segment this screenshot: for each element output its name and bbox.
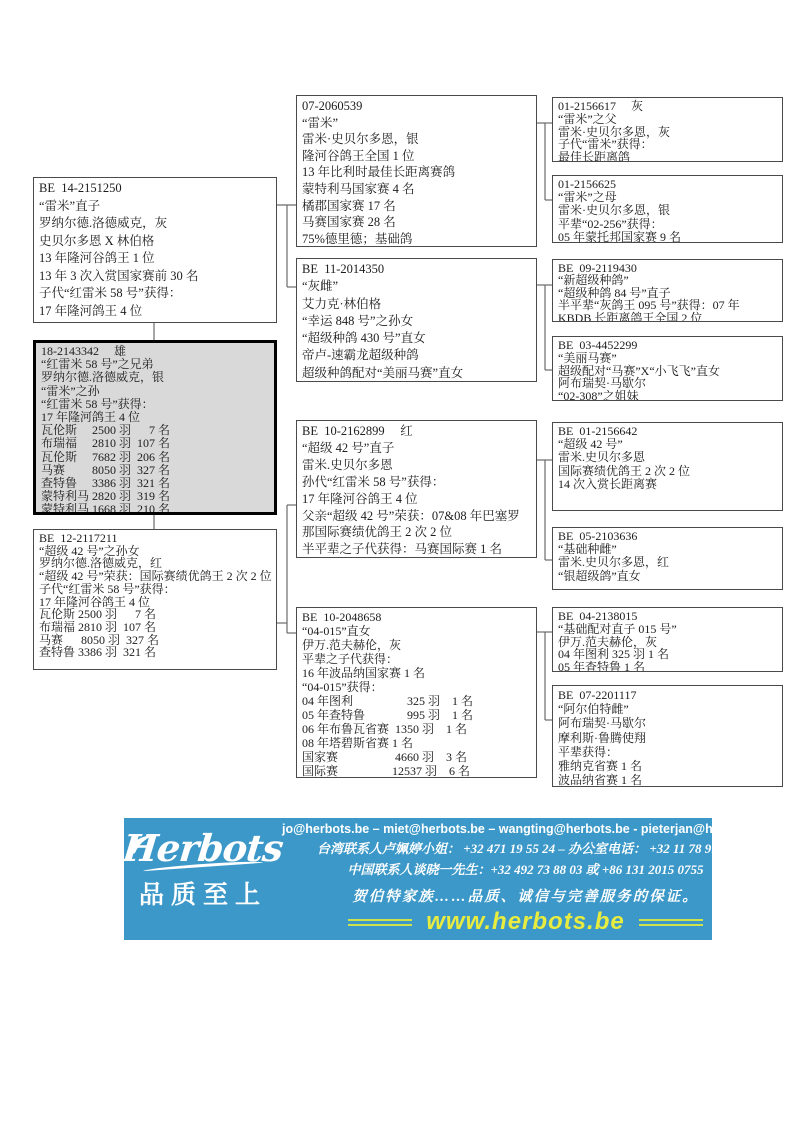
pedigree-text-line: BE 12-2117211 [39,532,272,545]
pedigree-text-line: 布瑞福 2810 羽 107 名 [41,437,270,450]
pedigree-text-line: 雷米.史贝尔多恩，红 [558,556,778,569]
banner-contact-china: 中国联系人谈晓一先生：+32 492 73 88 03 或 +86 131 20… [347,859,703,878]
banner-website-row: www.herbots.be [348,910,702,934]
pedigree-text-line: 雅纳克省赛 1 名 [558,759,778,773]
herbots-ad-banner: Herbots 品质至上 jo@herbots.be – miet@herbot… [124,818,712,940]
pedigree-text-line: 孙代“红雷米 58 号”获得： [302,474,532,491]
pedigree-text-line: 08 年塔碧斯省赛 1 名 [302,736,532,750]
banner-contact-block: jo@herbots.be – miet@herbots.be – wangti… [282,818,769,940]
pedigree-text-line: 橘郡国家赛 17 名 [302,198,532,215]
pedigree-text-line: 子代“红雷米 58 号”获得： [39,285,272,303]
double-line-left-decoration [348,919,412,926]
pedigree-text-line: 查特鲁 3386 羽 321 名 [39,646,272,659]
pedigree-text-line: 雷米·史贝尔多恩，银 [558,204,778,217]
pedigree-text-line: 平辈之子代获得： [302,652,532,666]
pedigree-text-line: 17 年隆河鸽王 4 位 [39,303,272,321]
pedigree-box-be03-4452299: BE 03-4452299“美丽马赛”超级配对“马赛”X“小飞飞”直女阿布瑞契·… [552,336,783,401]
pedigree-text-line: 雷米.史贝尔多恩 [302,457,532,474]
pedigree-text-line: 罗纳尔德.洛德威克，银 [41,371,270,384]
pedigree-text-line: “基础配对直子 015 号” [558,623,778,636]
logo-slogan-cn: 品质至上 [139,875,267,911]
pedigree-box-be04-2138015: BE 04-2138015“基础配对直子 015 号”伊万.范夫赫伦，灰04 年… [552,607,783,672]
pedigree-box-01-2156617: 01-2156617 灰“雷米”之父雷米·史贝尔多恩，灰子代“雷米”获得：最佳长… [552,97,783,162]
pedigree-text-line: “04-015”获得： [302,680,532,694]
banner-family-slogan: 贺伯特家族……品质、诚信与完善服务的保证。 [352,885,699,906]
pedigree-text-line: “新超级种鸽” [558,274,778,286]
pedigree-text-line: 阿布瑞契·马歇尔 [558,716,778,730]
pedigree-text-line: “银超级鸽”直女 [558,570,778,583]
pedigree-text-line: 01-2156617 灰 [558,100,778,113]
pedigree-box-be10-2048658: BE 10-2048658“04-015”直女伊万.范夫赫伦，灰平辈之子代获得：… [296,607,537,778]
herbots-logo-block: Herbots 品质至上 [124,818,282,940]
pedigree-text-line: 国家赛 4660 羽 3 名 [302,750,532,764]
pedigree-text-line: “超级 42 号”直子 [302,440,532,457]
pedigree-text-line: “美丽马赛” [558,352,778,365]
banner-emails: jo@herbots.be – miet@herbots.be – wangti… [282,822,769,836]
pedigree-text-line: 国际赛绩优鸽王 2 次 2 位 [558,465,778,478]
pedigree-box-be10-2162899: BE 10-2162899 红“超级 42 号”直子雷米.史贝尔多恩孙代“红雷米… [296,420,537,558]
pedigree-text-line: 伊万.范夫赫伦，灰 [302,638,532,652]
pedigree-text-line: BE 14-2151250 [39,180,272,198]
pedigree-text-line: 艾力克·林伯格 [302,296,532,313]
pedigree-text-line: “雷米”直子 [39,198,272,216]
pedigree-box-be14-2151250: BE 14-2151250“雷米”直子罗纳尔德.洛德威克，灰史贝尔多恩 X 林伯… [33,177,277,323]
pedigree-text-line: 摩利斯·鲁腾使翔 [558,731,778,745]
pedigree-text-line: 瓦伦斯 7682 羽 206 名 [41,451,270,464]
pedigree-text-line: “超级 42 号”荣获：国际赛绩优鸽王 2 次 2 位 [39,570,272,583]
pedigree-text-line: 半平辈之子代获得：马赛国际赛 1 名 [302,541,532,558]
pedigree-text-line: 05 年查特鲁 1 名 [558,661,778,672]
pedigree-text-line: “雷米” [302,115,532,132]
pedigree-text-line: 国际赛 12537 羽 6 名 [302,764,532,778]
pedigree-text-line: “02-308”之姐妹 [558,390,778,401]
pedigree-text-line: 帝卢-速霸龙超级种鸽 [302,347,532,364]
banner-contact-taiwan: 台湾联系人卢姵婷小姐： +32 471 19 55 24 – 办公室电话： +3… [317,838,734,857]
pedigree-text-line: 蒙特利马 1668 羽 210 名 [41,503,270,515]
pedigree-text-line: 16 年波品纳国家赛 1 名 [302,666,532,680]
pedigree-text-line: BE 04-2138015 [558,610,778,623]
pedigree-box-be05-2103636: BE 05-2103636“基础种雌”雷米.史贝尔多恩，红“银超级鸽”直女 [552,527,783,590]
pedigree-text-line: “灰雌” [302,278,532,295]
pedigree-text-line: 隆河谷鸽王全国 1 位 [302,148,532,165]
pedigree-text-line: 14 次入赏长距离赛 [558,478,778,491]
pedigree-text-line: 05 年查特鲁 995 羽 1 名 [302,708,532,722]
pedigree-text-line: “超级种鸽 430 号”直女 [302,330,532,347]
pedigree-text-line: “雷米”之孙 [41,385,270,398]
pedigree-text-line: 13 年比利时最佳长距离赛鸽 [302,164,532,181]
pedigree-text-line: 07-2060539 [302,98,532,115]
pedigree-text-line: 雷米.史贝尔多恩 [558,451,778,464]
pedigree-text-line: “雷米”之父 [558,113,778,126]
pedigree-text-line: 13 年 3 次入赏国家赛前 30 名 [39,268,272,286]
pedigree-box-18-2143342-subject: 18-2143342 雄“红雷米 58 号”之兄弟罗纳尔德.洛德威克，银“雷米”… [33,340,277,515]
pedigree-page: BE 14-2151250“雷米”直子罗纳尔德.洛德威克，灰史贝尔多恩 X 林伯… [0,0,793,1122]
pedigree-text-line: “阿尔伯特雌” [558,702,778,716]
pedigree-text-line: BE 07-2201117 [558,688,778,702]
pedigree-text-line: 子代“红雷米 58 号”获得： [39,583,272,596]
pedigree-text-line: 17 年隆河谷鸽王 4 位 [302,491,532,508]
pedigree-box-be12-2117211: BE 12-2117211“超级 42 号”之孙女罗纳尔德.洛德威克，红“超级 … [33,529,277,670]
pedigree-text-line: 雷米·史贝尔多恩，银 [302,131,532,148]
pedigree-box-be11-2014350: BE 11-2014350“灰雌”艾力克·林伯格“幸运 848 号”之孙女“超级… [296,258,537,382]
pedigree-box-be07-2201117: BE 07-2201117“阿尔伯特雌”阿布瑞契·马歇尔摩利斯·鲁腾使翔平辈获得… [552,685,783,787]
pedigree-text-line: 半平辈“灰鸽王 095 号”获得：07 年 [558,299,778,311]
pedigree-box-be09-2119430: BE 09-2119430“新超级种鸽”“超级种鸽 84 号”直子半平辈“灰鸽王… [552,259,783,322]
pedigree-text-line: 75%德里德；基础鸽 [302,231,532,247]
pedigree-box-07-2060539: 07-2060539“雷米”雷米·史贝尔多恩，银隆河谷鸽王全国 1 位13 年比… [296,95,537,247]
pedigree-text-line: 蒙特利马国家赛 4 名 [302,181,532,198]
pedigree-text-line: 05 年蒙托邦国家赛 9 名 [558,231,778,243]
herbots-website-link[interactable]: www.herbots.be [426,910,624,934]
pedigree-text-line: 波品纳省赛 1 名 [558,773,778,787]
pedigree-text-line: 13 年隆河谷鸽王 1 位 [39,250,272,268]
pedigree-text-line: 罗纳尔德.洛德威克，灰 [39,215,272,233]
pedigree-text-line: 04 年图利 325 羽 1 名 [302,694,532,708]
pedigree-text-line: 最佳长距离鸽 [558,151,778,162]
pedigree-text-line: 超级种鸽配对“美丽马赛”直女 [302,365,532,382]
pedigree-text-line: 06 年布鲁瓦省赛 1350 羽 1 名 [302,722,532,736]
pedigree-text-line: 平辈获得： [558,745,778,759]
pedigree-text-line: “幸运 848 号”之孙女 [302,313,532,330]
pedigree-text-line: BE 11-2014350 [302,261,532,278]
double-line-right-decoration [639,919,703,926]
pedigree-text-line: 平辈“02-256”获得： [558,218,778,231]
pedigree-text-line: 布瑞福 2810 羽 107 名 [39,621,272,634]
pedigree-text-line: BE 03-4452299 [558,339,778,352]
pedigree-box-be01-2156642: BE 01-2156642“超级 42 号”雷米.史贝尔多恩国际赛绩优鸽王 2 … [552,422,783,511]
pedigree-text-line: “04-015”直女 [302,624,532,638]
pedigree-text-line: 史贝尔多恩 X 林伯格 [39,233,272,251]
pedigree-text-line: KBDB 长距离鸽王全国 2 位 [558,312,778,322]
pedigree-text-line: BE 10-2162899 红 [302,423,532,440]
pedigree-text-line: 马赛国家赛 28 名 [302,214,532,231]
pedigree-text-line: 父亲“超级 42 号”荣获：07&08 年巴塞罗那国际赛绩优鸽王 2 次 2 位 [302,508,532,542]
pedigree-box-01-2156625: 01-2156625“雷米”之母雷米·史贝尔多恩，银平辈“02-256”获得：0… [552,175,783,243]
pedigree-text-line: BE 10-2048658 [302,610,532,624]
